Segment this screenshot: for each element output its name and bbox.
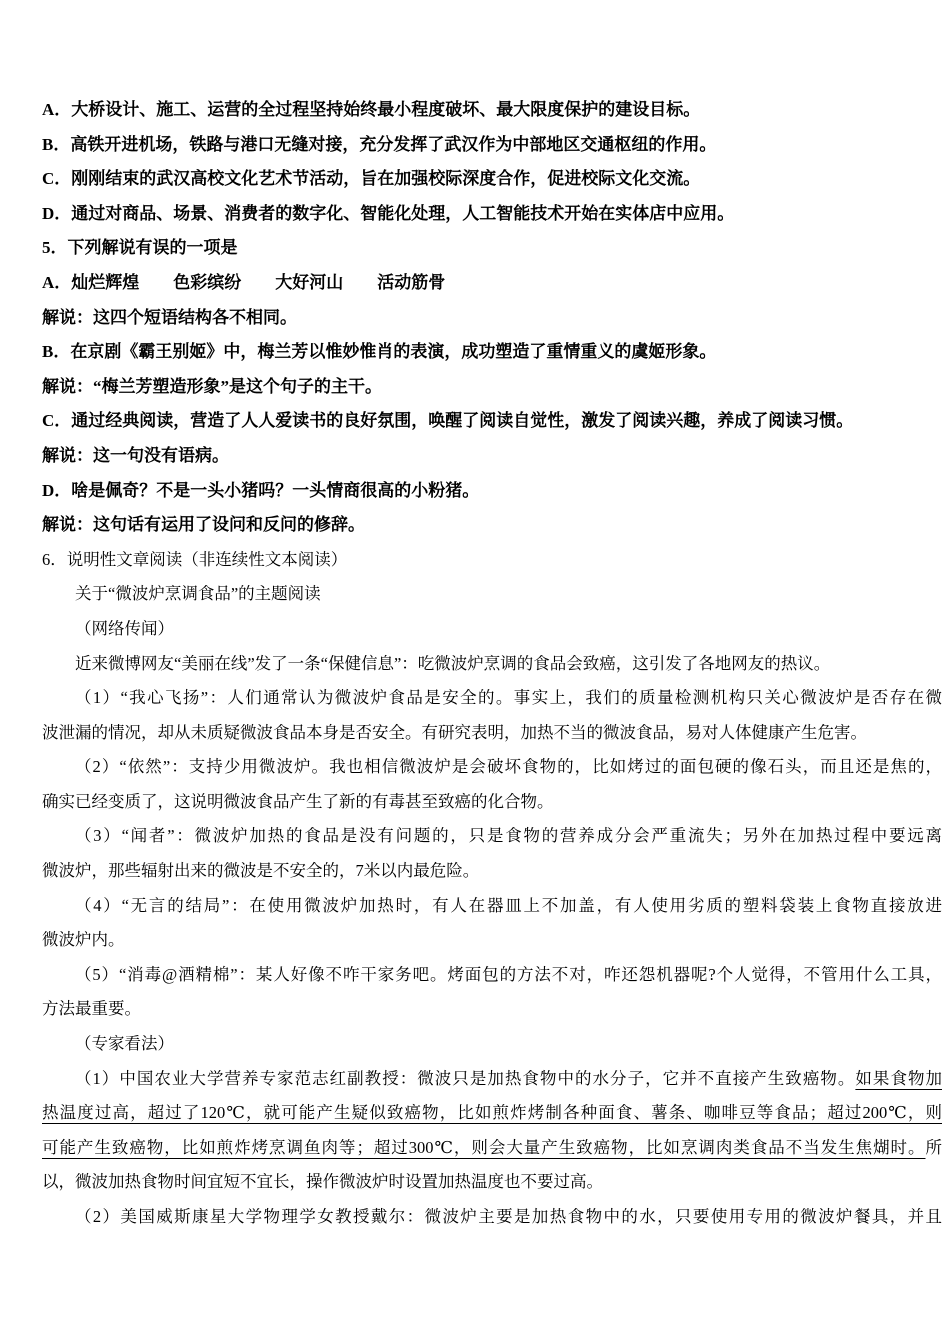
q4-option-b: B．高铁开进机场，铁路与港口无缝对接，充分发挥了武汉作为中部地区交通枢纽的作用。	[42, 128, 942, 163]
exam-document-page: A．大桥设计、施工、运营的全过程坚持始终最小程度破坏、最大限度保护的建设目标。B…	[0, 0, 950, 1344]
q5-option-a: A．灿烂辉煌 色彩缤纷 大好河山 活动筋骨	[42, 266, 942, 301]
underlined-text-segment: 如果食物加	[855, 1069, 942, 1088]
q5-explanation-d: 解说：这句话有运用了设问和反问的修辞。	[42, 508, 942, 543]
question-5-stem: 5．下列解说有误的一项是	[42, 231, 942, 266]
text-segment: 波泄漏的情况，却从未质疑微波食品本身是否安全。有研究表明，加热不当的微波食品，易…	[42, 723, 867, 742]
text-segment: 关于“微波炉烹调食品”的主题阅读	[75, 584, 321, 603]
q5-option-d: D．啥是佩奇？不是一头小猪吗？一头情商很高的小粉猪。	[42, 474, 942, 509]
section-heading-expert-views: （专家看法）	[42, 1027, 942, 1062]
q5-explanation-a: 解说：这四个短语结构各不相同。	[42, 301, 942, 336]
q4-option-c: C．刚刚结束的武汉高校文化艺术节活动，旨在加强校际深度合作，促进校际文化交流。	[42, 162, 942, 197]
text-segment: （3）“闻者”：微波炉加热的食品是没有问题的，只是食物的营养成分会严重流失；另外…	[75, 826, 942, 845]
text-segment: 6．说明性文章阅读（非连续性文本阅读）	[42, 550, 347, 569]
text-segment: D．通过对商品、场景、消费者的数字化、智能化处理，人工智能技术开始在实体店中应用…	[42, 204, 734, 223]
text-segment: 解说：这句话有运用了设问和反问的修辞。	[42, 515, 365, 534]
q4-option-a: A．大桥设计、施工、运营的全过程坚持始终最小程度破坏、最大限度保护的建设目标。	[42, 93, 942, 128]
q5-option-c: C．通过经典阅读，营造了人人爱读书的良好氛围，唤醒了阅读自觉性，激发了阅读兴趣，…	[42, 404, 942, 439]
question-6-heading: 6．说明性文章阅读（非连续性文本阅读）	[42, 543, 942, 578]
text-segment: 解说：这一句没有语病。	[42, 446, 229, 465]
netizen-comment-3-line-1: （3）“闻者”：微波炉加热的食品是没有问题的，只是食物的营养成分会严重流失；另外…	[42, 819, 942, 854]
q5-explanation-b: 解说：“梅兰芳塑造形象”是这个句子的主干。	[42, 370, 942, 405]
text-segment: B．在京剧《霸王别姬》中，梅兰芳以惟妙惟肖的表演，成功塑造了重情重义的虞姬形象。	[42, 342, 716, 361]
text-segment: 方法最重要。	[42, 999, 141, 1018]
text-segment: 5．下列解说有误的一项是	[42, 238, 238, 257]
q5-explanation-c: 解说：这一句没有语病。	[42, 439, 942, 474]
text-segment: 微波炉内。	[42, 930, 125, 949]
text-segment: （专家看法）	[75, 1034, 174, 1053]
netizen-comment-1-line-2: 波泄漏的情况，却从未质疑微波食品本身是否安全。有研究表明，加热不当的微波食品，易…	[42, 716, 942, 751]
text-segment: （1）中国农业大学营养专家范志红副教授：微波只是加热食物中的水分子，它并不直接产…	[75, 1069, 855, 1088]
netizen-comment-2-line-1: （2）“依然”：支持少用微波炉。我也相信微波炉是会破坏食物的，比如烤过的面包硬的…	[42, 750, 942, 785]
underlined-text-segment: 可能产生致癌物，比如煎炸烤烹调鱼肉等；超过300℃，则会大量产生致癌物，比如烹调…	[42, 1138, 926, 1157]
section-heading-net-rumors: （网络传闻）	[42, 612, 942, 647]
document-body: A．大桥设计、施工、运营的全过程坚持始终最小程度破坏、最大限度保护的建设目标。B…	[42, 93, 942, 1235]
text-segment: B．高铁开进机场，铁路与港口无缝对接，充分发挥了武汉作为中部地区交通枢纽的作用。	[42, 135, 716, 154]
expert-view-1-line-2: 热温度过高，超过了120℃，就可能产生疑似致癌物，比如煎炸烤制各种面食、薯条、咖…	[42, 1096, 942, 1131]
underlined-text-segment: 热温度过高，超过了120℃，就可能产生疑似致癌物，比如煎炸烤制各种面食、薯条、咖…	[42, 1103, 942, 1122]
netizen-comment-5-line-1: （5）“消毒@酒精棉”：某人好像不咋干家务吧。烤面包的方法不对，咋还怨机器呢?个…	[42, 958, 942, 993]
passage-intro: 近来微博网友“美丽在线”发了一条“保健信息”：吃微波炉烹调的食品会致癌，这引发了…	[42, 647, 942, 682]
text-segment: 解说：这四个短语结构各不相同。	[42, 308, 297, 327]
text-segment: （1）“我心飞扬”：人们通常认为微波炉食品是安全的。事实上，我们的质量检测机构只…	[75, 688, 942, 707]
text-segment: A．大桥设计、施工、运营的全过程坚持始终最小程度破坏、最大限度保护的建设目标。	[42, 100, 700, 119]
passage-title: 关于“微波炉烹调食品”的主题阅读	[42, 577, 942, 612]
text-segment: 近来微博网友“美丽在线”发了一条“保健信息”：吃微波炉烹调的食品会致癌，这引发了…	[75, 654, 830, 673]
netizen-comment-1-line-1: （1）“我心飞扬”：人们通常认为微波炉食品是安全的。事实上，我们的质量检测机构只…	[42, 681, 942, 716]
expert-view-1-line-1: （1）中国农业大学营养专家范志红副教授：微波只是加热食物中的水分子，它并不直接产…	[42, 1062, 942, 1097]
expert-view-1-line-3: 可能产生致癌物，比如煎炸烤烹调鱼肉等；超过300℃，则会大量产生致癌物，比如烹调…	[42, 1131, 942, 1166]
q4-option-d: D．通过对商品、场景、消费者的数字化、智能化处理，人工智能技术开始在实体店中应用…	[42, 197, 942, 232]
text-segment: （4）“无言的结局”：在使用微波炉加热时，有人在器皿上不加盖，有人使用劣质的塑料…	[75, 896, 942, 915]
text-segment: （网络传闻）	[75, 619, 174, 638]
text-segment: 微波炉，那些辐射出来的微波是不安全的，7米以内最危险。	[42, 861, 479, 880]
text-segment: 确实已经变质了，这说明微波食品产生了新的有毒甚至致癌的化合物。	[42, 792, 554, 811]
text-segment: A．灿烂辉煌 色彩缤纷 大好河山 活动筋骨	[42, 273, 445, 292]
text-segment: 以，微波加热食物时间宜短不宜长，操作微波炉时设置加热温度也不要过高。	[42, 1172, 603, 1191]
text-segment: 解说：“梅兰芳塑造形象”是这个句子的主干。	[42, 377, 382, 396]
expert-view-2-line-1: （2）美国威斯康星大学物理学女教授戴尔：微波炉主要是加热食物中的水，只要使用专用…	[42, 1200, 942, 1235]
q5-option-b: B．在京剧《霸王别姬》中，梅兰芳以惟妙惟肖的表演，成功塑造了重情重义的虞姬形象。	[42, 335, 942, 370]
text-segment: C．通过经典阅读，营造了人人爱读书的良好氛围，唤醒了阅读自觉性，激发了阅读兴趣，…	[42, 411, 853, 430]
text-segment: D．啥是佩奇？不是一头小猪吗？一头情商很高的小粉猪。	[42, 481, 479, 500]
netizen-comment-5-line-2: 方法最重要。	[42, 992, 942, 1027]
netizen-comment-4-line-1: （4）“无言的结局”：在使用微波炉加热时，有人在器皿上不加盖，有人使用劣质的塑料…	[42, 889, 942, 924]
netizen-comment-2-line-2: 确实已经变质了，这说明微波食品产生了新的有毒甚至致癌的化合物。	[42, 785, 942, 820]
text-segment: （5）“消毒@酒精棉”：某人好像不咋干家务吧。烤面包的方法不对，咋还怨机器呢?个…	[75, 965, 942, 984]
text-segment: 所	[926, 1138, 943, 1157]
text-segment: （2）美国威斯康星大学物理学女教授戴尔：微波炉主要是加热食物中的水，只要使用专用…	[75, 1207, 942, 1226]
text-segment: C．刚刚结束的武汉高校文化艺术节活动，旨在加强校际深度合作，促进校际文化交流。	[42, 169, 700, 188]
expert-view-1-line-4: 以，微波加热食物时间宜短不宜长，操作微波炉时设置加热温度也不要过高。	[42, 1165, 942, 1200]
netizen-comment-3-line-2: 微波炉，那些辐射出来的微波是不安全的，7米以内最危险。	[42, 854, 942, 889]
netizen-comment-4-line-2: 微波炉内。	[42, 923, 942, 958]
text-segment: （2）“依然”：支持少用微波炉。我也相信微波炉是会破坏食物的，比如烤过的面包硬的…	[75, 757, 942, 776]
